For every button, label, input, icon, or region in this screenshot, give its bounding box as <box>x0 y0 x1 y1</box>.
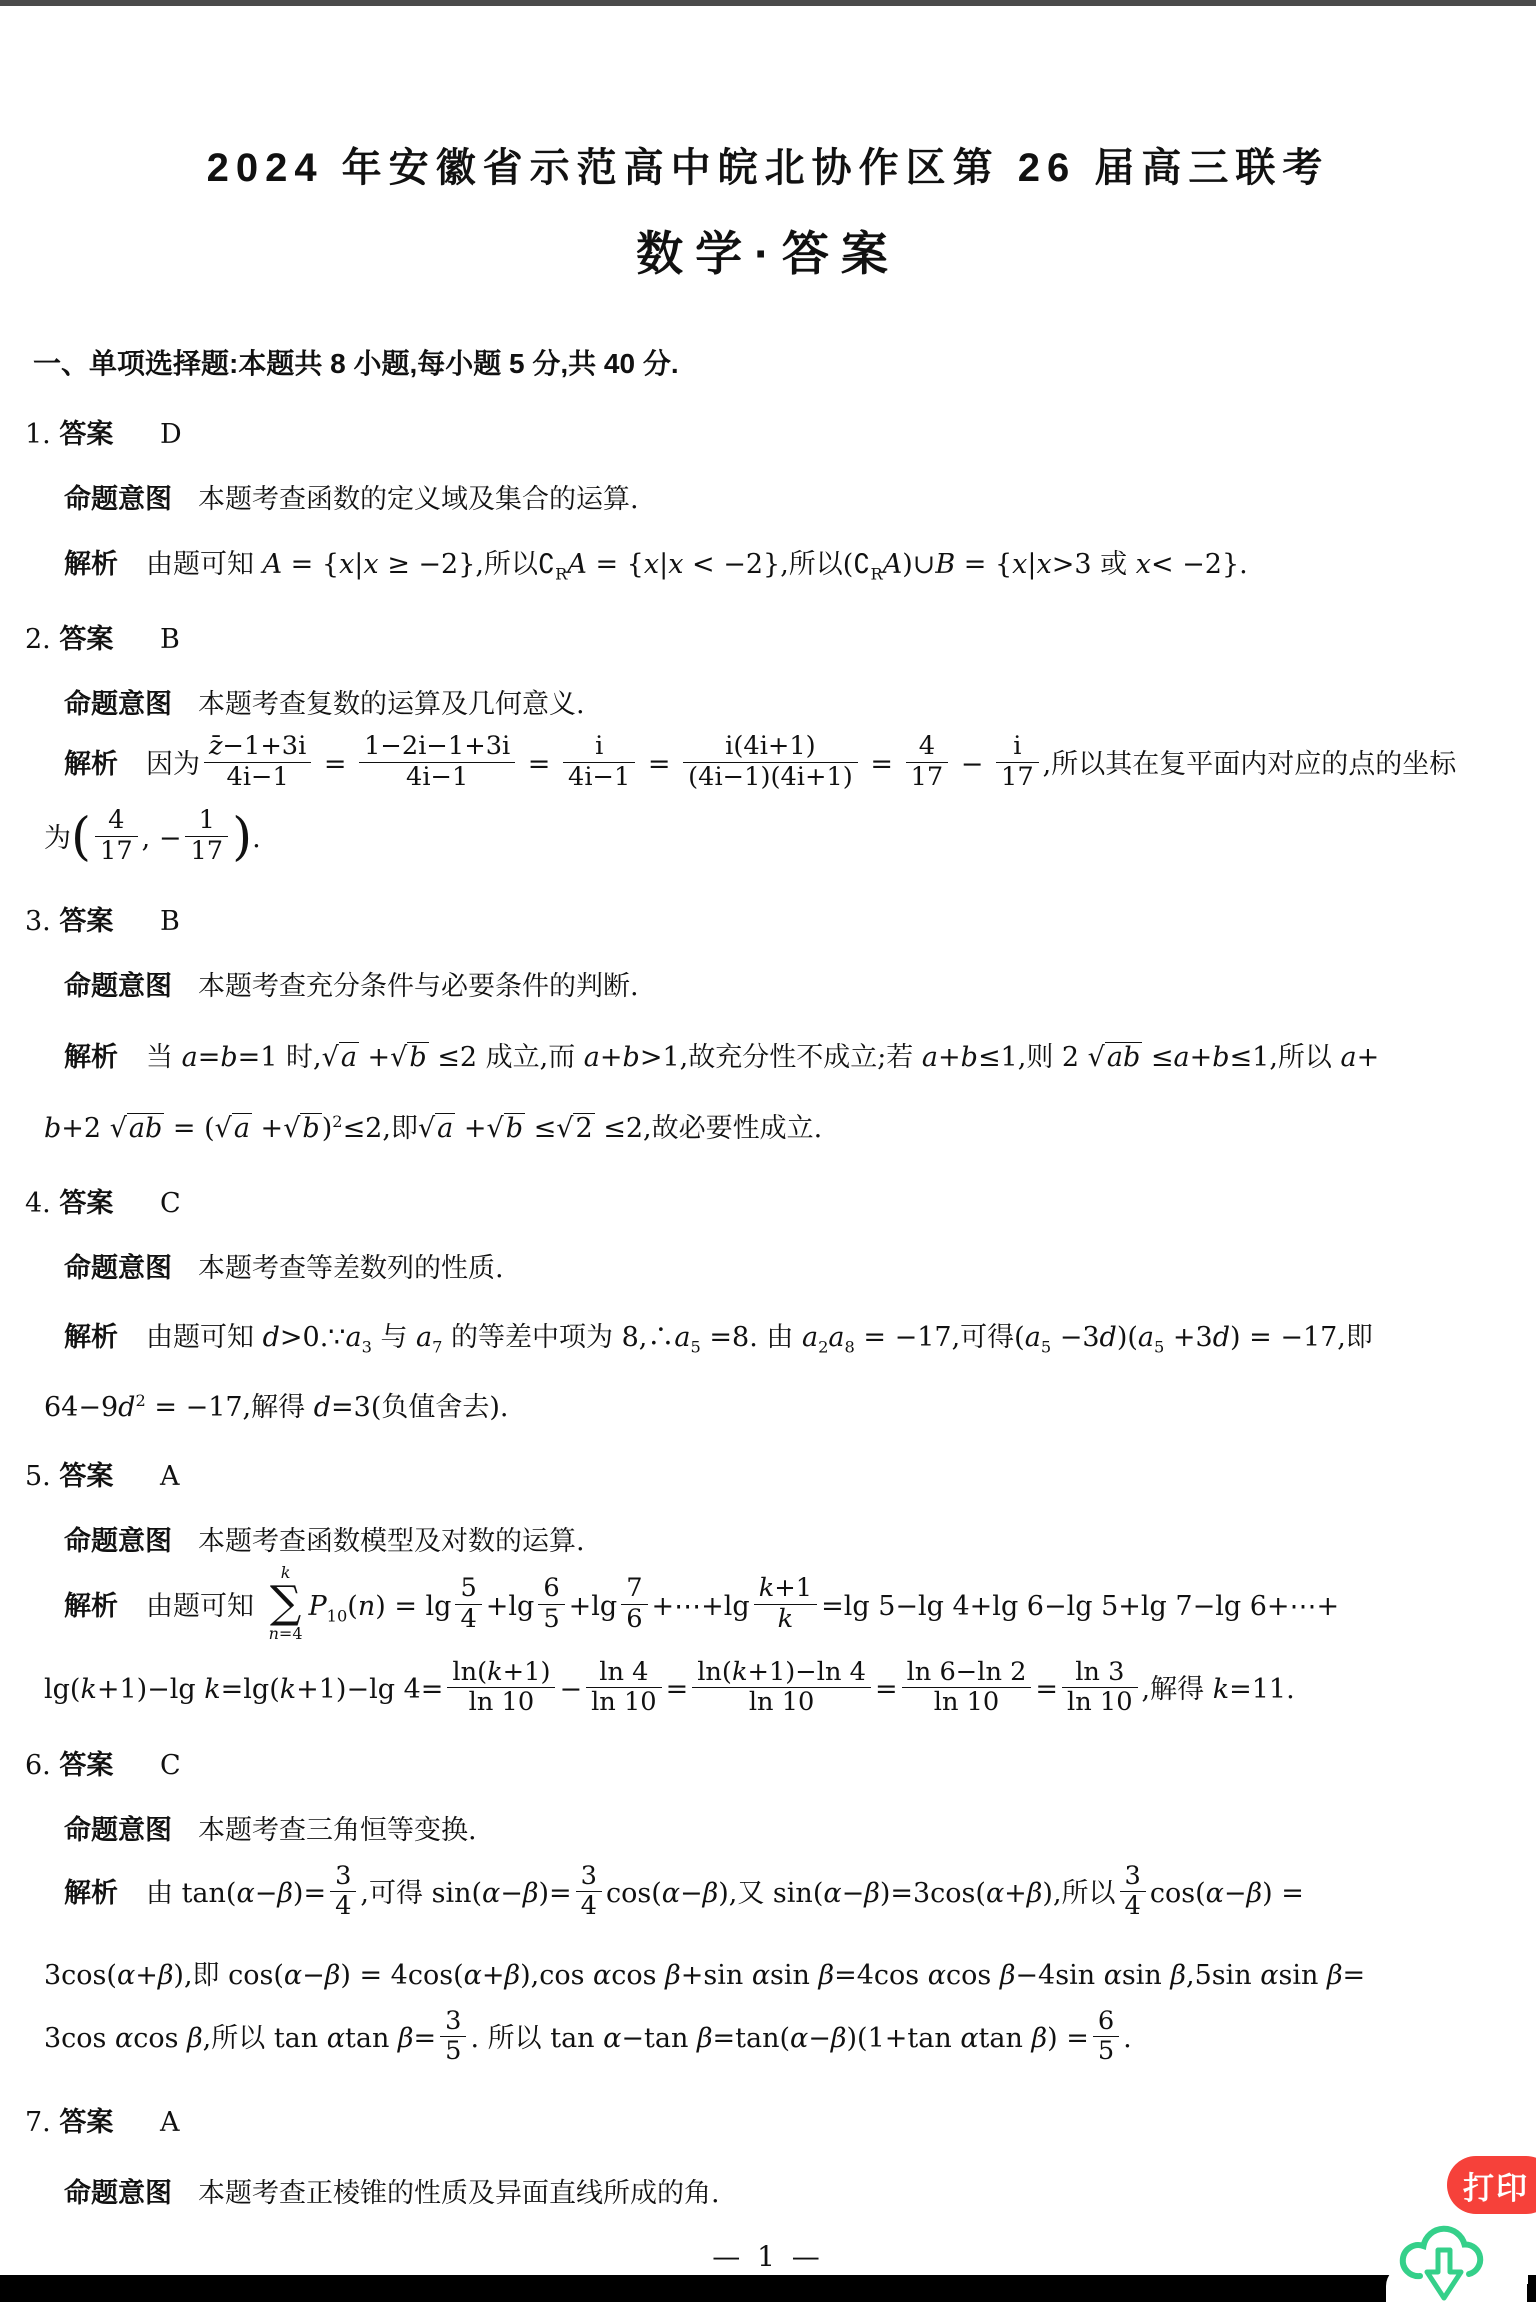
answer-line: 5. 答案 A <box>25 1454 1536 1493</box>
question-number: 2. <box>25 624 51 655</box>
analysis-math: lg(k+1)−lg k=lg(k+1)−lg 4=ln(k+1)ln 10−l… <box>44 1674 1295 1705</box>
document-page: 2024 年安徽省示范高中皖北协作区第 26 届高三联考 数学·答案 一、单项选… <box>0 0 1536 2302</box>
question-number: 4. <box>25 1188 51 1219</box>
answer-line: 7. 答案 A <box>25 2100 1536 2139</box>
analysis-line: 解析当 a=b=1 时,√a +√b ≤2 成立,而 a+b>1,故充分性不成立… <box>64 1035 1536 1074</box>
analysis-label: 解析 <box>64 1322 118 1352</box>
analysis-math: 由题可知 A = {x|x ≥ −2},所以∁RA = {x|x < −2},所… <box>146 549 1248 580</box>
answer-label: 答案 <box>59 2107 113 2137</box>
analysis-math: 因为z̄−1+3i4i−1 = 1−2i−1+3i4i−1 = i4i−1 = … <box>146 749 1456 780</box>
analysis-line: 解析由题可知 d>0.∵a3 与 a7 的等差中项为 8,∴a5 =8. 由 a… <box>64 1315 1536 1356</box>
analysis-math: 由题可知 d>0.∵a3 与 a7 的等差中项为 8,∴a5 =8. 由 a2a… <box>146 1322 1373 1353</box>
intent-line: 命题意图本题考查三角恒等变换. <box>64 1808 1536 1847</box>
analysis-line: 3cos(α+β),即 cos(α−β) = 4cos(α+β),cos αco… <box>44 1953 1536 1992</box>
analysis-label: 解析 <box>64 549 118 579</box>
page-number: — 1 — <box>0 2240 1536 2273</box>
question-block: 4. 答案 C 命题意图本题考查等差数列的性质. 解析由题可知 d>0.∵a3 … <box>0 1181 1536 1423</box>
analysis-math: 64−9d2 = −17,解得 d=3(负值舍去). <box>44 1392 508 1423</box>
intent-label: 命题意图 <box>64 484 172 514</box>
answer-letter: A <box>160 2107 180 2138</box>
question-block: 1. 答案 D 命题意图本题考查函数的定义域及集合的运算. 解析由题可知 A =… <box>0 412 1536 583</box>
intent-line: 命题意图本题考查函数的定义域及集合的运算. <box>64 477 1536 516</box>
intent-text: 本题考查函数的定义域及集合的运算. <box>198 484 639 515</box>
analysis-math: 为(417, −117). <box>44 823 261 854</box>
corner-sliver <box>1527 2284 1536 2302</box>
analysis-line: 解析由题可知 k∑n=4P10(n) = lg54+lg65+lg76+⋯+lg… <box>64 1568 1536 1647</box>
question-number: 6. <box>25 1750 51 1781</box>
analysis-label: 解析 <box>64 1878 118 1908</box>
analysis-line: 解析因为z̄−1+3i4i−1 = 1−2i−1+3i4i−1 = i4i−1 … <box>64 735 1536 795</box>
analysis-math: 由题可知 k∑n=4P10(n) = lg54+lg65+lg76+⋯+lgk+… <box>146 1591 1339 1622</box>
question-number: 7. <box>25 2107 51 2138</box>
intent-line: 命题意图本题考查正棱锥的性质及异面直线所成的角. <box>64 2171 1536 2210</box>
answer-letter: D <box>160 419 182 450</box>
answer-label: 答案 <box>59 624 113 654</box>
intent-line: 命题意图本题考查充分条件与必要条件的判断. <box>64 964 1536 1003</box>
document-content: 2024 年安徽省示范高中皖北协作区第 26 届高三联考 数学·答案 一、单项选… <box>0 0 1536 2273</box>
question-block: 6. 答案 C 命题意图本题考查三角恒等变换. 解析由 tan(α−β)=34,… <box>0 1743 1536 2070</box>
intent-text: 本题考查函数模型及对数的运算. <box>198 1526 585 1557</box>
answer-letter: A <box>160 1461 180 1492</box>
page-title: 2024 年安徽省示范高中皖北协作区第 26 届高三联考 <box>0 136 1536 193</box>
question-number: 1. <box>25 419 51 450</box>
intent-label: 命题意图 <box>64 2178 172 2208</box>
intent-label: 命题意图 <box>64 689 172 719</box>
question-block: 5. 答案 A 命题意图本题考查函数模型及对数的运算. 解析由题可知 k∑n=4… <box>0 1454 1536 1721</box>
analysis-line: 为(417, −117). <box>44 809 1536 869</box>
intent-text: 本题考查正棱锥的性质及异面直线所成的角. <box>198 2178 720 2209</box>
answer-label: 答案 <box>59 1461 113 1491</box>
answer-letter: B <box>160 624 180 655</box>
intent-line: 命题意图本题考查等差数列的性质. <box>64 1246 1536 1285</box>
answer-letter: C <box>160 1750 181 1781</box>
question-block: 2. 答案 B 命题意图本题考查复数的运算及几何意义. 解析因为z̄−1+3i4… <box>0 617 1536 869</box>
page-subtitle: 数学·答案 <box>0 217 1536 284</box>
analysis-label: 解析 <box>64 1591 118 1621</box>
question-block: 7. 答案 A 命题意图本题考查正棱锥的性质及异面直线所成的角. <box>0 2100 1536 2210</box>
intent-line: 命题意图本题考查复数的运算及几何意义. <box>64 682 1536 721</box>
analysis-label: 解析 <box>64 1042 118 1072</box>
analysis-label: 解析 <box>64 749 118 779</box>
answer-label: 答案 <box>59 1188 113 1218</box>
print-button-label: 打印 <box>1463 2163 1529 2208</box>
analysis-math: 由 tan(α−β)=34,可得 sin(α−β)=34cos(α−β),又 s… <box>146 1878 1304 1909</box>
intent-label: 命题意图 <box>64 1253 172 1283</box>
analysis-line: 3cos αcos β,所以 tan αtan β=35. 所以 tan α−t… <box>44 2010 1536 2070</box>
analysis-math: 3cos αcos β,所以 tan αtan β=35. 所以 tan α−t… <box>44 2023 1132 2054</box>
answer-label: 答案 <box>59 1750 113 1780</box>
intent-text: 本题考查复数的运算及几何意义. <box>198 689 585 720</box>
intent-line: 命题意图本题考查函数模型及对数的运算. <box>64 1519 1536 1558</box>
print-button[interactable]: 打印 <box>1447 2156 1536 2214</box>
bottom-bar <box>0 2275 1536 2302</box>
answer-line: 4. 答案 C <box>25 1181 1536 1220</box>
question-number: 5. <box>25 1461 51 1492</box>
intent-text: 本题考查充分条件与必要条件的判断. <box>198 971 639 1002</box>
answer-label: 答案 <box>59 906 113 936</box>
analysis-math: b+2 √ab = (√a +√b)2≤2,即√a +√b ≤√2 ≤2,故必要… <box>44 1113 822 1144</box>
answer-line: 6. 答案 C <box>25 1743 1536 1782</box>
answer-label: 答案 <box>59 419 113 449</box>
question-number: 3. <box>25 906 51 937</box>
top-bar <box>0 0 1536 6</box>
intent-text: 本题考查三角恒等变换. <box>198 1815 477 1846</box>
cloud-download-icon[interactable] <box>1394 2216 1494 2302</box>
intent-label: 命题意图 <box>64 1815 172 1845</box>
answer-letter: C <box>160 1188 181 1219</box>
analysis-line: 解析由 tan(α−β)=34,可得 sin(α−β)=34cos(α−β),又… <box>64 1865 1536 1925</box>
question-block: 3. 答案 B 命题意图本题考查充分条件与必要条件的判断. 解析当 a=b=1 … <box>0 899 1536 1145</box>
analysis-math: 当 a=b=1 时,√a +√b ≤2 成立,而 a+b>1,故充分性不成立;若… <box>146 1042 1379 1073</box>
section-header: 一、单项选择题:本题共 8 小题,每小题 5 分,共 40 分. <box>33 342 1536 382</box>
answer-line: 3. 答案 B <box>25 899 1536 938</box>
answer-letter: B <box>160 906 180 937</box>
analysis-line: lg(k+1)−lg k=lg(k+1)−lg 4=ln(k+1)ln 10−l… <box>44 1661 1536 1721</box>
intent-label: 命题意图 <box>64 971 172 1001</box>
analysis-line: b+2 √ab = (√a +√b)2≤2,即√a +√b ≤√2 ≤2,故必要… <box>44 1106 1536 1145</box>
analysis-math: 3cos(α+β),即 cos(α−β) = 4cos(α+β),cos αco… <box>44 1960 1365 1991</box>
answer-line: 2. 答案 B <box>25 617 1536 656</box>
analysis-line: 64−9d2 = −17,解得 d=3(负值舍去). <box>44 1385 1536 1424</box>
answer-line: 1. 答案 D <box>25 412 1536 451</box>
intent-text: 本题考查等差数列的性质. <box>198 1253 504 1284</box>
analysis-line: 解析由题可知 A = {x|x ≥ −2},所以∁RA = {x|x < −2}… <box>64 542 1536 583</box>
intent-label: 命题意图 <box>64 1526 172 1556</box>
